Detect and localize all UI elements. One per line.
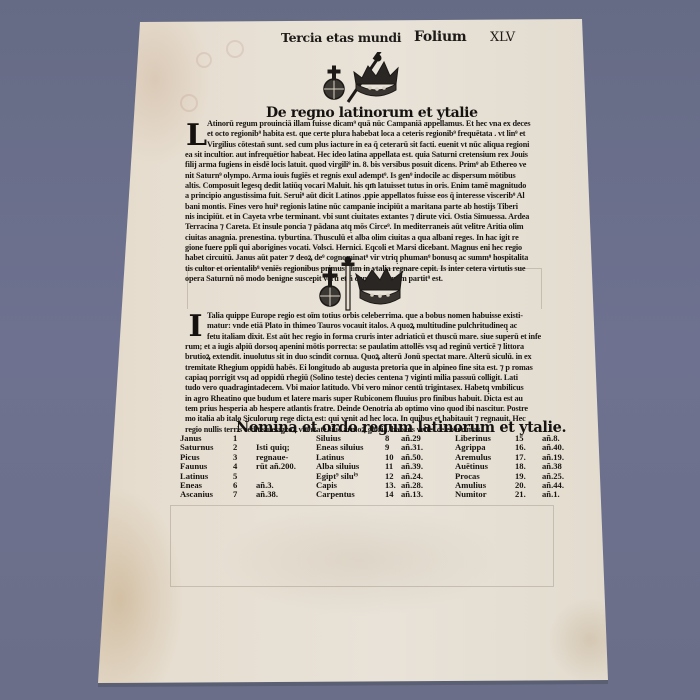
text-line: brutioꝝ extendit. inuolutus sit in duo s…	[185, 352, 545, 362]
text-line: tem prius hesperia ab hespere atlantis f…	[185, 404, 545, 414]
text-line: tremitate Rhegium oppidū habēs. Ei longi…	[185, 363, 545, 373]
text-line: matur: vnde etiā Plato in thimeo Tauros …	[185, 321, 545, 331]
king-number: 14	[385, 490, 401, 499]
king-number: 21.	[515, 490, 542, 499]
text-line: nis incipiūt. et in Cayeta vrbe terminan…	[185, 212, 545, 222]
plate-impression	[170, 505, 554, 587]
text-line: fetu italiam dixit. Est aūt hec regio in…	[185, 332, 545, 342]
folio-number: XLV	[490, 30, 515, 45]
orb-scepter-crown-icon	[320, 52, 406, 104]
text-line: capiaq̧ porrigit vsq̧ ad oppidū rhegiū (…	[185, 373, 545, 383]
text-line: Terracina ⁊ Careta. Et insule poncia ⁊ p…	[185, 222, 545, 232]
folium-label: Folium	[414, 29, 466, 45]
text-line: nit Saturn⁹ olympo. Arma iouis fugiēs et…	[185, 171, 545, 181]
text-line: altis. Composuit legesq̧ dedit latiūq̧ v…	[185, 181, 545, 191]
king-number: 7	[233, 490, 256, 499]
text-line: Atinorū regum prouinciā illam fuisse dic…	[185, 119, 545, 129]
text-line: ciuitas anagnia. prenestina. tyburtina. …	[185, 233, 545, 243]
kings-table: Janus 1 Siluius 8 añ.29 Liberinus 15 añ.…	[180, 434, 582, 500]
text-line: filij arma fugiens in eisdē locis latuit…	[185, 160, 545, 170]
text-line: bani montis. Fines vero hui⁹ regionis la…	[185, 202, 545, 212]
running-header: Tercia etas mundi Folium XLV	[0, 30, 700, 50]
orb-scepter-crown-icon	[318, 254, 406, 312]
king-name: Carpentus	[316, 490, 385, 499]
king-name: Ascanius	[180, 490, 233, 499]
text-line: rum; et a iugis alpiū dorsoq̧ apenini mō…	[185, 342, 545, 352]
text-line: gione fuere ppli qui aborigines vocati. …	[185, 243, 545, 253]
running-title: Tercia etas mundi	[281, 30, 401, 45]
text-line: a principio angustissima fuit. Serui⁹ aū…	[185, 191, 545, 201]
text-line: ea sit incultior. aut infrequētior habea…	[185, 150, 545, 160]
text-line: tudo vero quadragintadecem. Vbi maior la…	[185, 383, 545, 393]
king-note: añ.38.	[256, 490, 316, 499]
reign-years: añ.13.	[401, 490, 455, 499]
table-row: Ascanius 7 añ.38. Carpentus 14 añ.13. Nu…	[180, 490, 582, 499]
stain-ring	[196, 52, 212, 68]
text-line: et octo regionib⁹ habita est. que certe …	[185, 129, 545, 139]
king-note: rūt añ.200.	[256, 462, 316, 471]
reign-years: añ.1.	[542, 490, 582, 499]
king-name: Numitor	[455, 490, 515, 499]
text-line: Talia quippe Europe regio est oīm totius…	[185, 311, 545, 321]
paragraph-italia: Talia quippe Europe regio est oīm totius…	[185, 311, 545, 435]
text-line: in agro Rheatino que budum et latere mar…	[185, 394, 545, 404]
stain-ring	[180, 94, 198, 112]
text-line: Virgilius cōtestan̄ sunt. sed cum plus i…	[185, 140, 545, 150]
